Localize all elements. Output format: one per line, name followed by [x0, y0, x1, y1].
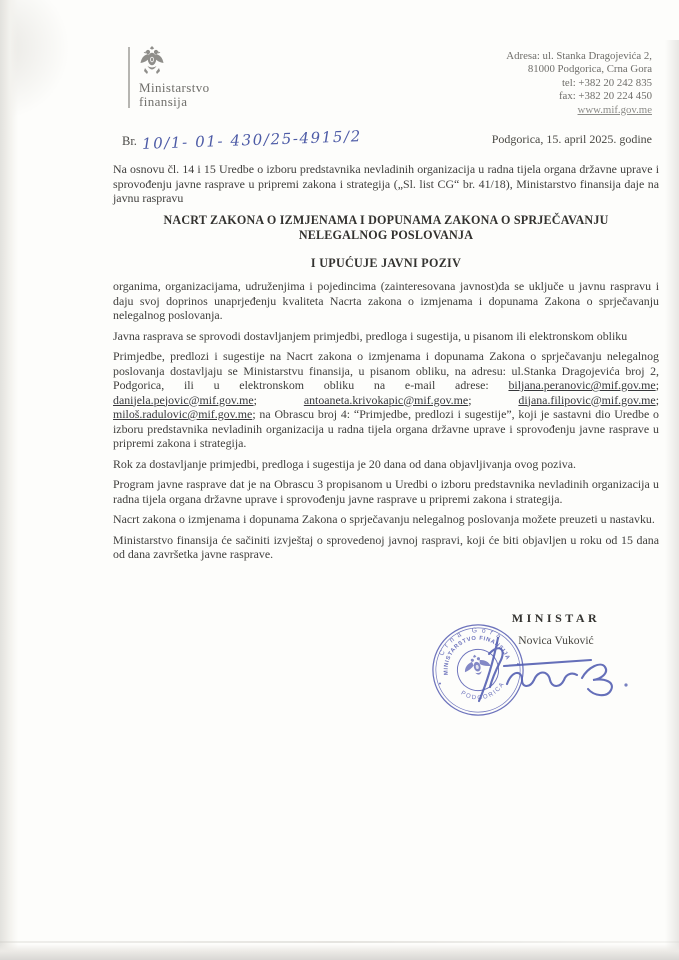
scan-edge-bottom	[0, 944, 679, 960]
paragraph: Ministarstvo finansija će sačiniti izvje…	[113, 533, 659, 562]
paragraph-text: ;	[656, 393, 659, 407]
address-line: fax: +382 20 224 450	[506, 90, 652, 103]
paragraph: Rok za dostavljanje primjedbi, predloga …	[113, 457, 659, 472]
paragraph-text: Rok za dostavljanje primjedbi, predloga …	[113, 457, 576, 471]
dateline: Podgorica, 15. april 2025. godine	[492, 132, 652, 147]
paragraph-text: Nacrt zakona o izmjenama i dopunama Zako…	[113, 512, 655, 526]
paragraph-text: ;	[468, 393, 518, 407]
letterhead-divider	[128, 47, 130, 108]
paragraphs: organima, organizacijama, udruženjima i …	[113, 279, 659, 562]
scan-edge-left	[0, 0, 18, 960]
paragraph-text: ;	[254, 393, 304, 407]
address-line: Adresa: ul. Stanka Dragojevića 2,	[506, 50, 652, 63]
intro-paragraph: Na osnovu čl. 14 i 15 Uredbe o izboru pr…	[113, 162, 659, 206]
email-link[interactable]: dijana.filipovic@mif.gov.me	[518, 393, 655, 407]
paragraph: Javna rasprava se sprovodi dostavljanjem…	[113, 329, 659, 344]
email-link[interactable]: biljana.peranovic@mif.gov.me	[508, 378, 655, 392]
letterhead-address-block: Adresa: ul. Stanka Dragojevića 2,81000 P…	[506, 50, 652, 117]
address-line: tel: +382 20 242 835	[506, 77, 652, 90]
address-line: 81000 Podgorica, Crna Gora	[506, 63, 652, 76]
paragraph: Primjedbe, predlozi i sugestije na Nacrt…	[113, 349, 659, 451]
reference-label: Br.	[122, 134, 137, 148]
paragraph-text: Ministarstvo finansija će sačiniti izvje…	[113, 533, 659, 562]
paragraph-text: ;	[656, 378, 659, 392]
ministry-name: Ministarstvo finansija	[139, 81, 210, 108]
document-title: NACRT ZAKONA O IZMJENAMA I DOPUNAMA ZAKO…	[131, 213, 641, 244]
paragraph: Program javne rasprave dat je na Obrascu…	[113, 477, 659, 506]
scan-fold-line	[0, 941, 679, 943]
document-subtitle: I UPUĆUJE JAVNI POZIV	[113, 256, 659, 271]
handwritten-signature	[452, 628, 664, 723]
email-link[interactable]: danijela.pejovic@mif.gov.me	[113, 393, 254, 407]
scanned-letter-page: Ministarstvo finansija Adresa: ul. Stank…	[0, 0, 679, 960]
paragraph-text: organima, organizacijama, udruženjima i …	[113, 279, 659, 322]
reference-number-line: Br.10/1- 01- 430/25-4915/2	[122, 131, 362, 149]
ministry-website-link[interactable]: www.mif.gov.me	[506, 104, 652, 117]
document-body: Na osnovu čl. 14 i 15 Uredbe o izboru pr…	[113, 162, 659, 568]
paragraph-text: Program javne rasprave dat je na Obrascu…	[113, 477, 659, 506]
scan-edge-right	[665, 40, 679, 960]
handwritten-reference-number: 10/1- 01- 430/25-4915/2	[142, 127, 362, 153]
paragraph: Nacrt zakona o izmjenama i dopunama Zako…	[113, 512, 659, 527]
ministry-name-line1: Ministarstvo	[139, 81, 210, 95]
montenegro-coat-of-arms-icon	[139, 45, 165, 82]
paragraph-text: Javna rasprava se sprovodi dostavljanjem…	[113, 329, 627, 343]
ministry-name-line2: finansija	[139, 95, 210, 109]
email-link[interactable]: miloš.radulovic@mif.gov.me	[113, 407, 252, 421]
paragraph: organima, organizacijama, udruženjima i …	[113, 279, 659, 323]
email-link[interactable]: antoaneta.krivokapic@mif.gov.me	[304, 393, 468, 407]
